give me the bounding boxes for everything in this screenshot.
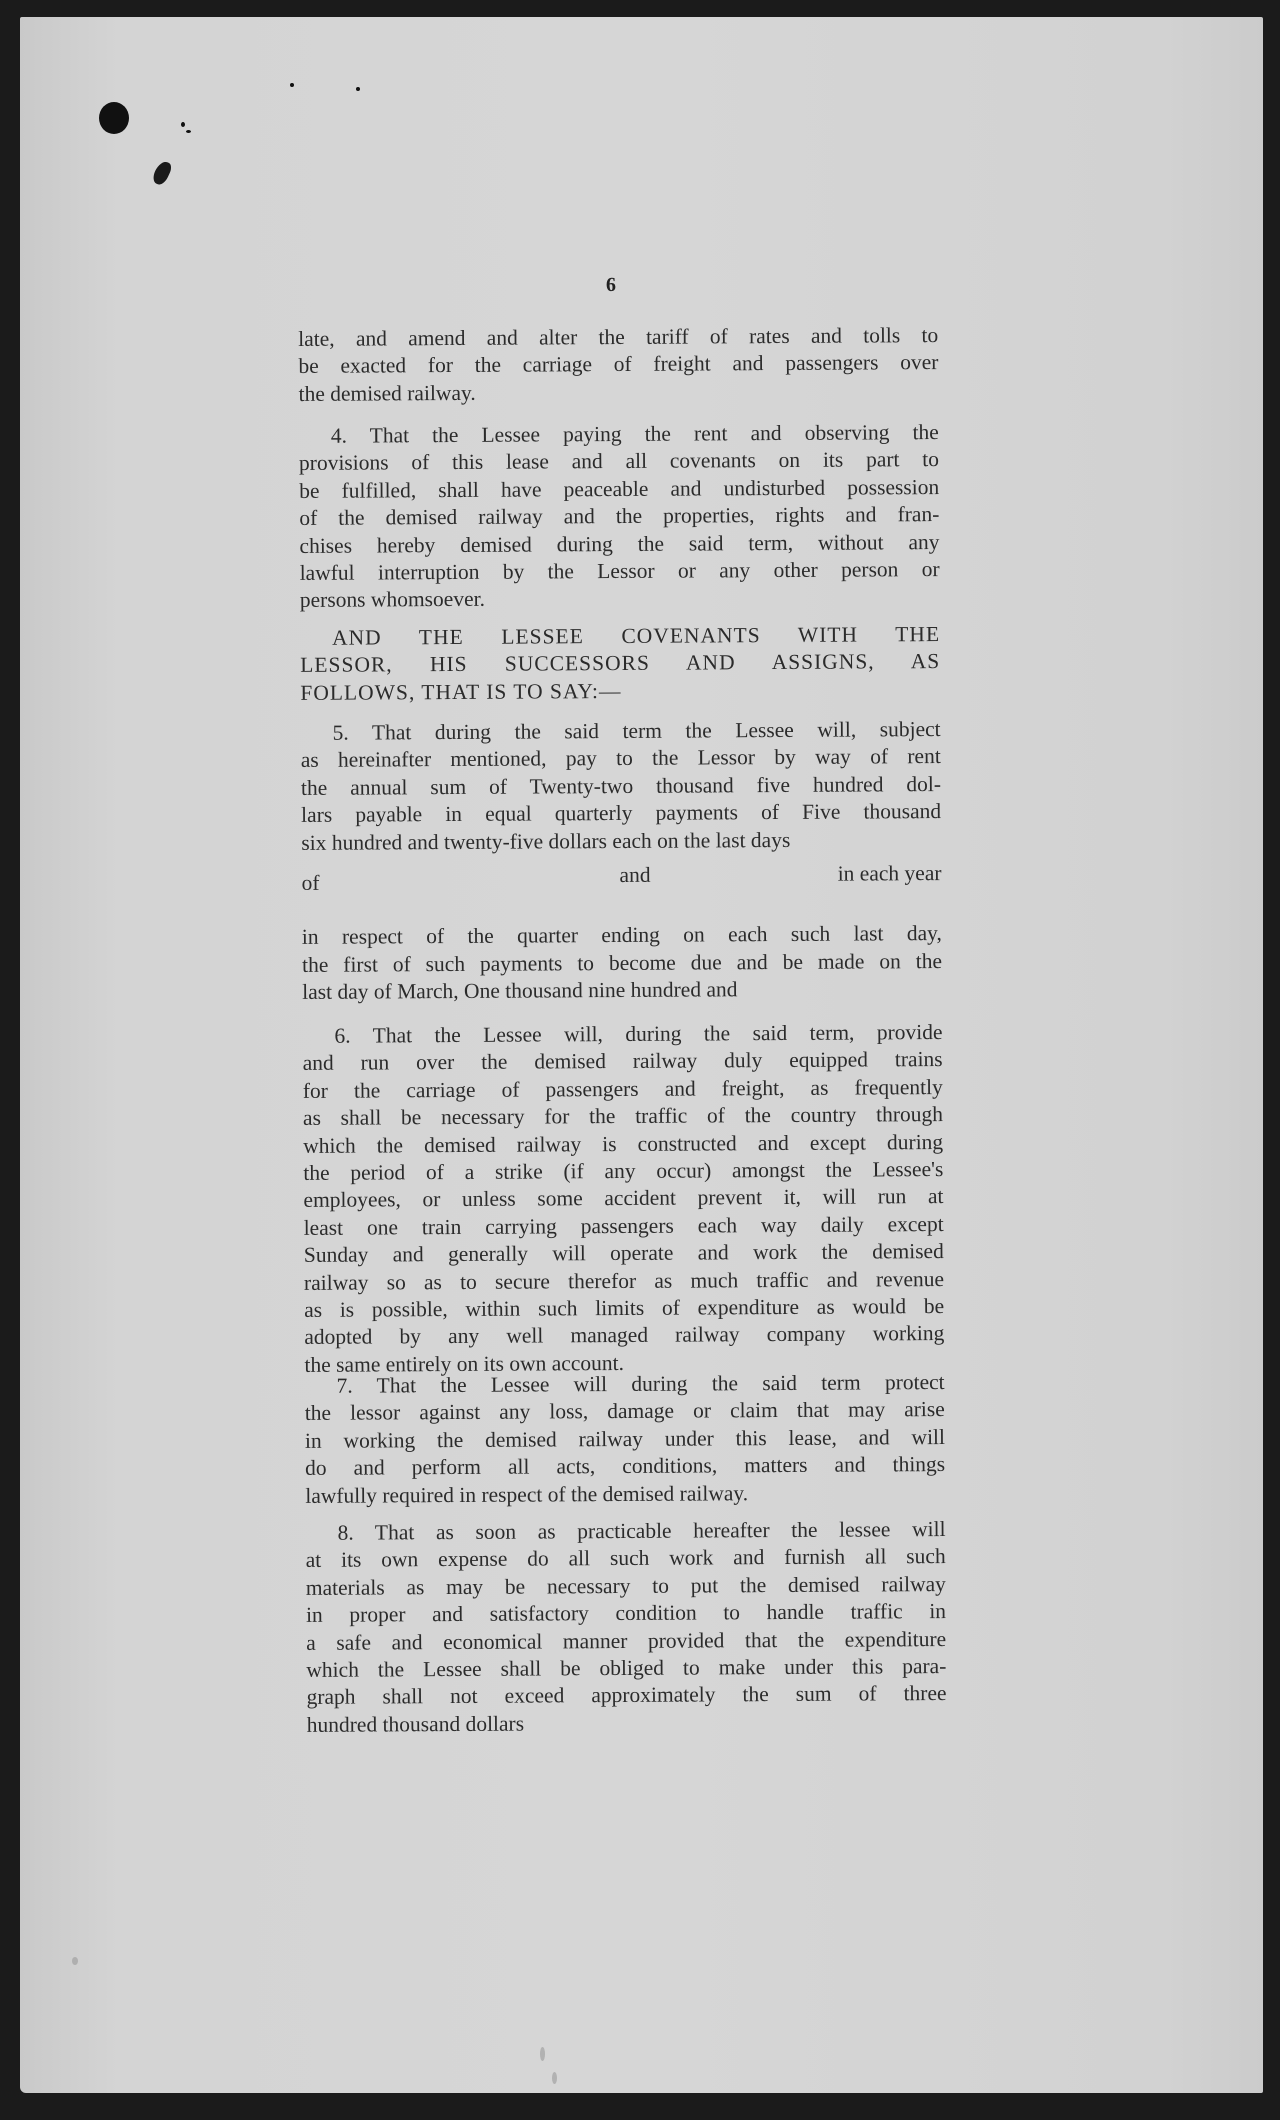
text-line: as is possible, within such limits of ex…: [304, 1293, 944, 1324]
document-body: 6 late, and amend and alter the tariff o…: [296, 0, 936, 2]
paragraph-clause-6: 6. That the Lessee will, during the said…: [296, 0, 936, 2]
ink-speck: [290, 83, 294, 87]
text-line: the annual sum of Twenty-two thousand fi…: [301, 771, 941, 802]
blank-date-row: ofandin each year: [301, 867, 941, 898]
text-line: which the demised railway is constructed…: [303, 1129, 943, 1160]
text-line: chises hereby demised during the said te…: [299, 529, 939, 560]
text-line: 7. That the Lessee will during the said …: [337, 1369, 945, 1400]
text-line: 6. That the Lessee will, during the said…: [334, 1019, 942, 1050]
text-line: late, and amend and alter the tariff of …: [298, 322, 938, 353]
paragraph-clause-8: 8. That as soon as practicable hereafter…: [296, 0, 936, 2]
punch-hole-mark: [99, 102, 129, 134]
text-line: be fulfilled, shall have peaceable and u…: [299, 474, 939, 505]
ink-speck: [186, 130, 191, 133]
text-line: hundred thousand dollars: [307, 1708, 947, 1739]
text-line: railway so as to secure therefor as much…: [304, 1266, 944, 1297]
text-line: adopted by any well managed railway comp…: [304, 1320, 944, 1351]
text-line: the period of a strike (if any occur) am…: [303, 1156, 943, 1187]
text-line: materials as may be necessary to put the…: [306, 1571, 946, 1602]
smudge: [72, 1957, 78, 1965]
smudge: [552, 2072, 557, 2084]
smudge: [540, 2047, 545, 2061]
paragraph-continuation: late, and amend and alter the tariff of …: [296, 0, 936, 2]
blank-row-and: and: [619, 863, 650, 888]
paragraph-clause-4: 4. That the Lessee paying the rent and o…: [296, 0, 936, 2]
text-line: in working the demised railway under thi…: [305, 1424, 945, 1455]
text-line: Sunday and generally will operate and wo…: [304, 1238, 944, 1269]
paragraph-covenant-heading: AND THE LESSEE COVENANTS WITH THELESSOR,…: [296, 0, 936, 2]
text-line: 5. That during the said term the Lessee …: [333, 716, 941, 747]
text-line: as shall be necessary for the traffic of…: [303, 1101, 943, 1132]
text-line: of the demised railway and the propertie…: [299, 501, 939, 532]
text-line: the first of such payments to become due…: [302, 948, 942, 979]
text-line: which the Lessee shall be obliged to mak…: [306, 1653, 946, 1684]
text-line: LESSOR, HIS SUCCESSORS AND ASSIGNS, AS: [300, 648, 940, 679]
text-line: be exacted for the carriage of freight a…: [298, 349, 938, 380]
text-line: as hereinafter mentioned, pay to the Les…: [301, 743, 941, 774]
text-line: AND THE LESSEE COVENANTS WITH THE: [332, 621, 940, 652]
text-line: and run over the demised railway duly eq…: [303, 1046, 943, 1077]
text-line: 8. That as soon as practicable hereafter…: [337, 1516, 945, 1547]
text-line: for the carriage of passengers and freig…: [303, 1074, 943, 1105]
page-number: 6: [606, 274, 616, 297]
paragraph-clause-5: 5. That during the said term the Lessee …: [296, 0, 936, 2]
text-line: least one train carrying passengers each…: [304, 1211, 944, 1242]
text-line: persons whomsoever.: [300, 583, 940, 614]
text-line: graph shall not exceed approximately the…: [306, 1680, 946, 1711]
blank-row-of: of: [301, 871, 319, 896]
text-line: FOLLOWS, THAT IS TO SAY:—: [300, 676, 940, 707]
text-line: last day of March, One thousand nine hun…: [302, 975, 942, 1006]
text-line: in respect of the quarter ending on each…: [302, 920, 942, 951]
ink-blot: [151, 159, 174, 187]
text-line: provisions of this lease and all covenan…: [299, 446, 939, 477]
paragraph-clause-7: 7. That the Lessee will during the said …: [296, 0, 936, 2]
text-line: 4. That the Lessee paying the rent and o…: [331, 419, 939, 450]
text-line: lars payable in equal quarterly payments…: [301, 798, 941, 829]
text-line: lawful interruption by the Lessor or any…: [300, 556, 940, 587]
blank-row-in-each-year: in each year: [838, 861, 942, 887]
text-line: a safe and economical manner provided th…: [306, 1626, 946, 1657]
text-line: do and perform all acts, conditions, mat…: [305, 1451, 945, 1482]
ink-speck: [181, 122, 185, 127]
text-line: the demised railway.: [298, 377, 938, 408]
text-line: six hundred and twenty-five dollars each…: [301, 826, 941, 857]
ink-speck: [356, 87, 360, 91]
text-line: at its own expense do all such work and …: [306, 1543, 946, 1574]
text-line: lawfully required in respect of the demi…: [305, 1479, 945, 1510]
text-line: employees, or unless some accident preve…: [303, 1183, 943, 1214]
text-line: in proper and satisfactory condition to …: [306, 1598, 946, 1629]
text-line: the lessor against any loss, damage or c…: [305, 1396, 945, 1427]
